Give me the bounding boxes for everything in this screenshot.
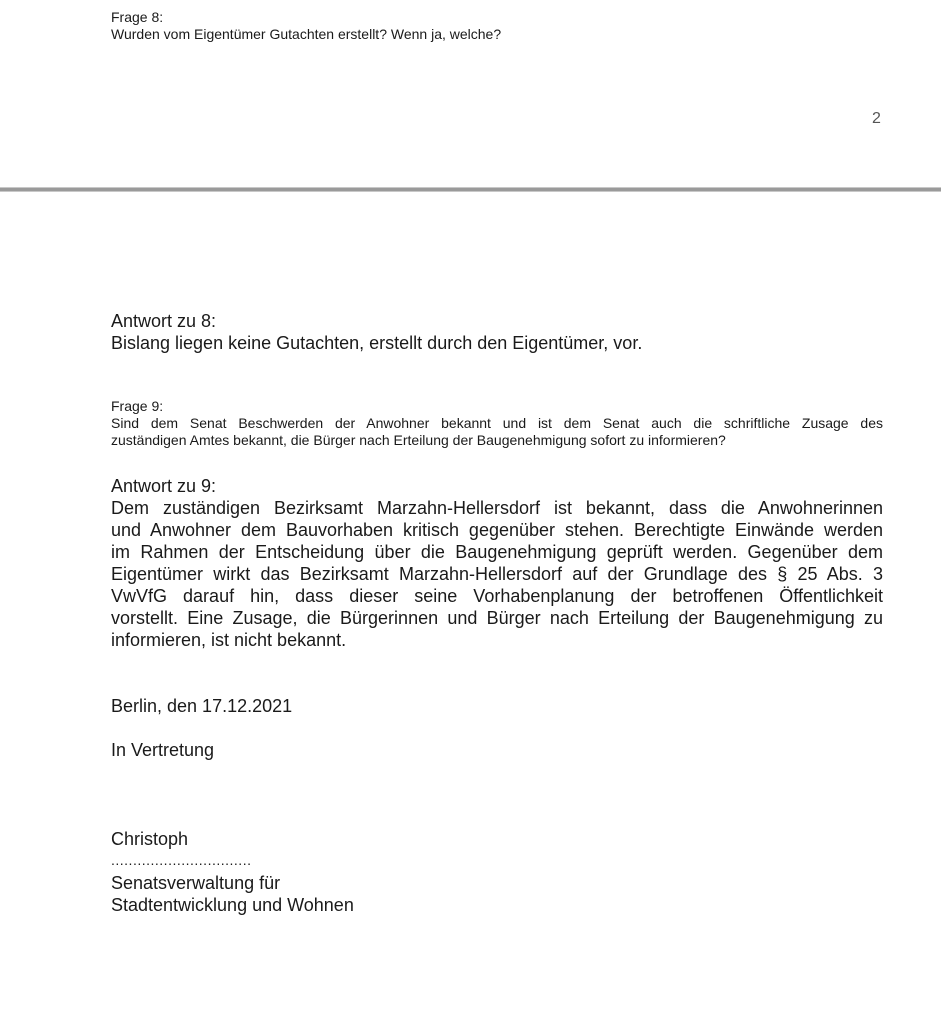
answer-9-line: Eigentümer wirkt das Bezirksamt Marzahn-… (111, 563, 883, 585)
answer-9-line: im Rahmen der Entscheidung über die Baug… (111, 541, 883, 563)
answer-9-line: vorstellt. Eine Zusage, die Bürgerinnen … (111, 607, 883, 629)
question-9-text: Sind dem Senat Beschwerden der Anwohner … (111, 415, 883, 449)
place-date: Berlin, den 17.12.2021 (111, 695, 292, 717)
signature-line: ................................ (111, 855, 251, 865)
answer-9-line: informieren, ist nicht bekannt. (111, 629, 883, 651)
answer-9-line: und Anwohner dem Bauvorhaben kritisch ge… (111, 519, 883, 541)
page-number: 2 (872, 110, 881, 128)
answer-8-label: Antwort zu 8: (111, 310, 216, 332)
question-9-label: Frage 9: (111, 398, 163, 415)
representation-note: In Vertretung (111, 739, 214, 761)
question-9-line: Sind dem Senat Beschwerden der Anwohner … (111, 415, 883, 432)
signatory-name: Christoph (111, 828, 188, 850)
question-8-text: Wurden vom Eigentümer Gutachten erstellt… (111, 26, 501, 43)
department-line-1: Senatsverwaltung für (111, 872, 280, 894)
answer-9-line: VwVfG darauf hin, dass dieser seine Vorh… (111, 585, 883, 607)
answer-8-text: Bislang liegen keine Gutachten, erstellt… (111, 332, 642, 354)
question-9-line: zuständigen Amtes bekannt, die Bürger na… (111, 432, 883, 449)
question-8-label: Frage 8: (111, 9, 163, 26)
answer-9-line: Dem zuständigen Bezirksamt Marzahn-Helle… (111, 497, 883, 519)
previous-page-bottom: Frage 8: Wurden vom Eigentümer Gutachten… (0, 0, 941, 187)
answer-9-label: Antwort zu 9: (111, 475, 216, 497)
answer-9-text: Dem zuständigen Bezirksamt Marzahn-Helle… (111, 497, 883, 651)
department-line-2: Stadtentwicklung und Wohnen (111, 894, 354, 916)
